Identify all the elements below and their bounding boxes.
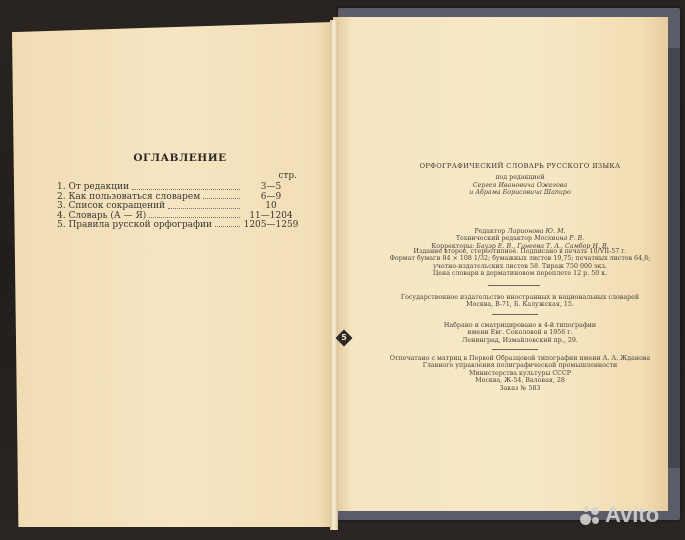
edition-info: Издание второе, стереотипное. Подписано …	[370, 248, 670, 278]
printer-info: Отпечатано с матриц в Первой Образцовой …	[370, 355, 670, 392]
avito-watermark: Avito	[580, 502, 659, 528]
avito-dots-icon	[580, 505, 602, 525]
toc-title: ОГЛАВЛЕНИЕ	[50, 152, 310, 164]
table-of-contents: стр. 1. От редакции3—5 2. Как пользовать…	[57, 172, 299, 230]
staff-credits: Редактор Ларионова Ю. М. Технический ред…	[370, 228, 670, 250]
divider	[488, 285, 540, 286]
editors: Сергея Ивановича Ожегова и Абрама Борисо…	[370, 182, 670, 197]
pages-column-header: стр.	[57, 172, 299, 181]
typeset-info: Набрано и сматрицировано в 4-й типографи…	[370, 322, 670, 344]
toc-entry: 5. Правила русской орфографии1205—1259	[57, 221, 299, 230]
page-stamp: 5	[336, 330, 353, 347]
book-gutter	[330, 20, 338, 530]
divider	[492, 314, 538, 315]
book-title: ОРФОГРАФИЧЕСКИЙ СЛОВАРЬ РУССКОГО ЯЗЫКА	[370, 163, 670, 170]
publisher-info: Государственное издательство иностранных…	[370, 294, 670, 309]
divider	[492, 349, 538, 350]
editor-subtitle: под редакцией	[370, 174, 670, 181]
left-page	[12, 22, 333, 527]
